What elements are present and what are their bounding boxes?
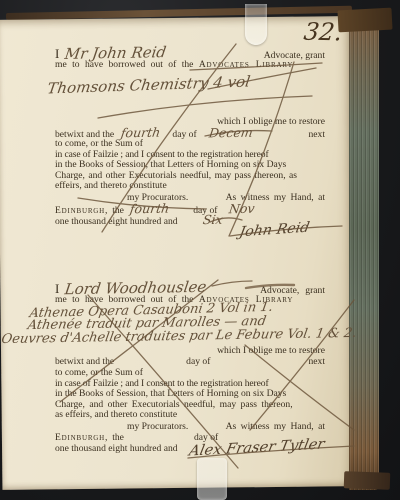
failzie-clause-line: in the Books of Session, that Letters of… — [55, 389, 325, 399]
procurators-witness-line: my Procurators. As witness my Hand, at — [55, 422, 325, 432]
book-entry-handwritten: Thomsons Chemistry 4 vol — [46, 72, 251, 97]
pronoun-label: I — [55, 49, 59, 59]
procurators-witness-line: my Procurators. As witness my Hand, at — [55, 193, 325, 203]
signing-day-handwritten: fourth — [129, 204, 170, 215]
oblige-clause: which I oblige me to restore — [55, 117, 325, 127]
pronoun-label: I — [55, 284, 59, 294]
borrowed-clause: me to have borrowed out of the Advocates… — [55, 60, 325, 70]
borrower-name-handwritten: Lord Woodhouslee — [64, 282, 207, 294]
oblige-clause: which I oblige me to restore — [55, 346, 325, 356]
witness-clause: As witness my Hand, at — [226, 422, 325, 432]
the-label: the — [112, 433, 124, 443]
place-label: Edinburgh, — [55, 433, 108, 443]
betwixt-clause: betwixt and the day of next — [55, 357, 325, 367]
vellum-tab-bottom — [197, 458, 227, 500]
betwixt-label: betwixt and the — [55, 357, 114, 367]
folio-number: 32. — [302, 18, 344, 47]
page-text-layer: 32. I Mr John Reid Advocate, grant me to… — [0, 0, 400, 500]
failzie-clause-line: effeirs, and thereto constitute — [55, 181, 325, 191]
return-month-handwritten: Decem — [208, 128, 253, 139]
signing-month-handwritten: Nov — [229, 204, 256, 214]
next-label: next — [308, 357, 325, 367]
sum-clause: to come, or the Sum of — [55, 139, 325, 149]
year-clause: one thousand eight hundred and — [55, 217, 178, 227]
borrower-name-handwritten: Mr John Reid — [65, 47, 168, 59]
signing-year-handwritten: Six — [202, 215, 223, 225]
day-of-label: day of — [186, 357, 210, 367]
borrowed-clause-text: me to have borrowed out of the — [55, 59, 193, 70]
procurators-label: my Procurators. — [127, 422, 188, 432]
sum-clause: to come, or the Sum of — [55, 368, 325, 378]
failzie-clause-line: as effeirs, and thereto constitute — [55, 410, 325, 420]
return-day-handwritten: fourth — [120, 128, 161, 139]
failzie-clause-line: in the Books of Session, that Letters of… — [55, 160, 325, 170]
vellum-tab-top — [245, 4, 267, 45]
library-name: Advocates Library — [199, 59, 293, 70]
book-photograph: 32. I Mr John Reid Advocate, grant me to… — [0, 0, 400, 500]
